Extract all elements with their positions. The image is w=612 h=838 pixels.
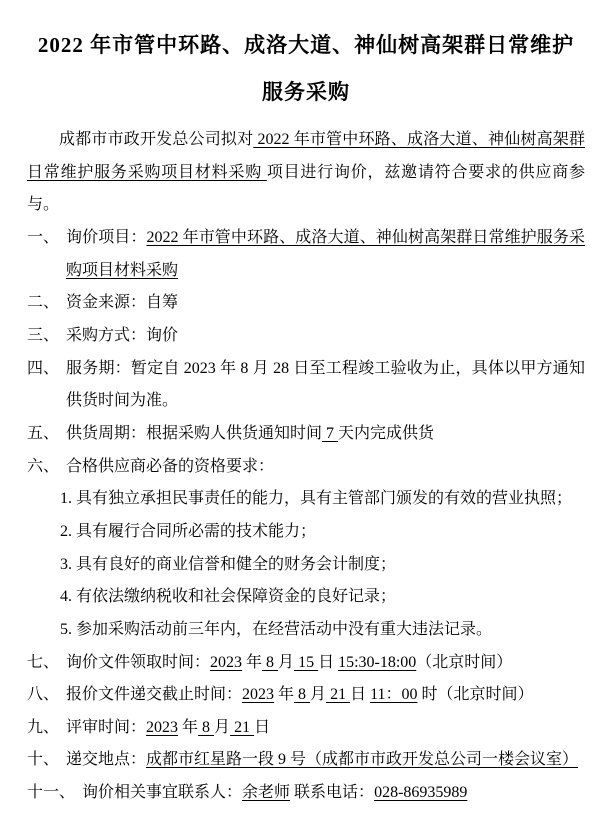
item-number: 八、 (27, 679, 59, 712)
item-content: 资金来源：自筹 (66, 287, 585, 320)
title-line-1: 2022 年市管中环路、成洛大道、神仙树高架群日常维护 (27, 22, 585, 69)
item-text: 联系电话： (290, 784, 374, 801)
item-6-qualification-requirements: 六、合格供应商必备的资格要求： (27, 451, 585, 484)
item-content: 供货周期：根据采购人供货通知时间 7 天内完成供货 (66, 418, 585, 451)
item-content: 报价文件递交截止时间：2023 年 8 月 21 日 11：00 时（北京时间） (66, 679, 585, 712)
item-content: 递交地点：成都市红星路一段 9 号（成都市市政开发总公司一楼会议室） (66, 744, 585, 777)
item-number: 七、 (27, 647, 59, 680)
item-number: 三、 (27, 320, 59, 353)
item-11-contact: 十一、询价相关事宜联系人：余老师 联系电话：028-86935989 (27, 777, 585, 810)
item-text: 3. 具有良好的商业信誉和健全的财务会计制度； (60, 556, 396, 573)
qualification-4: 4. 有依法缴纳税收和社会保障资金的良好记录； (27, 581, 585, 614)
item-9-review-time: 九、评审时间：2023 年 8 月 21 日 (27, 712, 585, 745)
item-text: 天内完成供货 (338, 425, 434, 442)
item-number: 五、 (27, 418, 59, 451)
item-7-document-collection-time: 七、询价文件领取时间：2023 年 8 月 15 日 15:30-18:00（北… (27, 647, 585, 680)
underlined-value: 7 (322, 425, 338, 442)
item-content: 2. 具有履行合同所必需的技术能力； (60, 516, 585, 549)
item-text: 日 (318, 654, 338, 671)
item-1-inquiry-project: 一、询价项目：2022 年市管中环路、成洛大道、神仙树高架群日常维护服务采购项目… (27, 222, 585, 287)
underlined-value: 成都市红星路一段 9 号（成都市市政开发总公司一楼会议室） (146, 751, 578, 768)
item-text: 年 (242, 654, 262, 671)
item-text: 5. 参加采购活动前三年内，在经营活动中没有重大违法记录。 (60, 621, 492, 638)
intro-lead-text: 成都市市政开发总公司拟对 (59, 131, 253, 148)
underlined-value: 8 (294, 686, 310, 703)
item-text: 询价相关事宜联系人： (82, 784, 242, 801)
item-2-funding-source: 二、资金来源：自筹 (27, 287, 585, 320)
item-text: （北京时间） (416, 654, 512, 671)
underlined-value: 11：00 (370, 686, 417, 703)
item-text: 询价文件领取时间： (66, 654, 210, 671)
item-text: 月 (214, 719, 230, 736)
qualification-3: 3. 具有良好的商业信誉和健全的财务会计制度； (27, 549, 585, 582)
item-text: 2. 具有履行合同所必需的技术能力； (60, 523, 316, 540)
underlined-value: 2023 (242, 686, 274, 703)
item-text: 1. 具有独立承担民事责任的能力，具有主管部门颁发的有效的营业执照； (60, 490, 572, 507)
document-title: 2022 年市管中环路、成洛大道、神仙树高架群日常维护 服务采购 (27, 16, 585, 124)
underlined-value: 8 (262, 654, 278, 671)
underlined-value: 余老师 (242, 784, 290, 801)
item-number: 四、 (27, 353, 59, 418)
item-number: 十、 (27, 744, 59, 777)
item-content: 询价相关事宜联系人：余老师 联系电话：028-86935989 (82, 777, 585, 810)
underlined-value: 8 (198, 719, 214, 736)
item-number: 二、 (27, 287, 59, 320)
item-content: 询价项目：2022 年市管中环路、成洛大道、神仙树高架群日常维护服务采购项目材料… (66, 222, 585, 287)
item-content: 合格供应商必备的资格要求： (66, 451, 585, 484)
item-text: 月 (310, 686, 326, 703)
item-text: 年 (274, 686, 294, 703)
underlined-value: 15:30-18:00 (338, 654, 416, 671)
qualification-2: 2. 具有履行合同所必需的技术能力； (27, 516, 585, 549)
item-content: 5. 参加采购活动前三年内，在经营活动中没有重大违法记录。 (60, 614, 585, 647)
item-text: 日 (350, 686, 370, 703)
item-text: 4. 有依法缴纳税收和社会保障资金的良好记录； (60, 588, 396, 605)
item-8-quotation-deadline: 八、报价文件递交截止时间：2023 年 8 月 21 日 11：00 时（北京时… (27, 679, 585, 712)
item-content: 采购方式：询价 (66, 320, 585, 353)
item-text: 询价项目： (66, 229, 147, 246)
item-content: 1. 具有独立承担民事责任的能力，具有主管部门颁发的有效的营业执照； (60, 483, 585, 516)
item-text: 服务期：暂定自 2023 年 8 月 28 日至工程竣工验收为止，具体以甲方通知… (66, 360, 585, 410)
item-number: 九、 (27, 712, 59, 745)
document-body: 成都市市政开发总公司拟对 2022 年市管中环路、成洛大道、神仙树高架群日常维护… (27, 124, 585, 810)
item-10-submission-location: 十、递交地点：成都市红星路一段 9 号（成都市市政开发总公司一楼会议室） (27, 744, 585, 777)
underlined-value: 21 (326, 686, 350, 703)
qualification-1: 1. 具有独立承担民事责任的能力，具有主管部门颁发的有效的营业执照； (27, 483, 585, 516)
item-text: 报价文件递交截止时间： (66, 686, 242, 703)
underlined-value: 2023 (146, 719, 178, 736)
qualification-5: 5. 参加采购活动前三年内，在经营活动中没有重大违法记录。 (27, 614, 585, 647)
item-5-supply-cycle: 五、供货周期：根据采购人供货通知时间 7 天内完成供货 (27, 418, 585, 451)
underlined-value: 21 (230, 719, 254, 736)
title-line-2: 服务采购 (27, 69, 585, 116)
item-content: 服务期：暂定自 2023 年 8 月 28 日至工程竣工验收为止，具体以甲方通知… (66, 353, 585, 418)
item-4-service-period: 四、服务期：暂定自 2023 年 8 月 28 日至工程竣工验收为止，具体以甲方… (27, 353, 585, 418)
intro-paragraph: 成都市市政开发总公司拟对 2022 年市管中环路、成洛大道、神仙树高架群日常维护… (27, 124, 585, 222)
item-text: 月 (278, 654, 294, 671)
item-text: 日 (254, 719, 270, 736)
item-number: 六、 (27, 451, 59, 484)
item-content: 3. 具有良好的商业信誉和健全的财务会计制度； (60, 549, 585, 582)
item-text: 年 (178, 719, 198, 736)
item-number: 十一、 (27, 777, 75, 810)
underlined-value: 2023 (210, 654, 242, 671)
item-number: 一、 (27, 222, 59, 287)
item-text: 递交地点： (66, 751, 146, 768)
item-content: 评审时间：2023 年 8 月 21 日 (66, 712, 585, 745)
item-3-procurement-method: 三、采购方式：询价 (27, 320, 585, 353)
underlined-value: 028-86935989 (374, 784, 467, 801)
document-page: 2022 年市管中环路、成洛大道、神仙树高架群日常维护 服务采购 成都市市政开发… (0, 0, 612, 838)
item-text: 供货周期：根据采购人供货通知时间 (66, 425, 322, 442)
item-content: 询价文件领取时间：2023 年 8 月 15 日 15:30-18:00（北京时… (66, 647, 585, 680)
item-text: 时（北京时间） (418, 686, 534, 703)
item-text: 合格供应商必备的资格要求： (66, 458, 274, 475)
item-text: 采购方式：询价 (66, 327, 178, 344)
item-content: 4. 有依法缴纳税收和社会保障资金的良好记录； (60, 581, 585, 614)
item-text: 资金来源：自筹 (66, 294, 178, 311)
item-text: 评审时间： (66, 719, 146, 736)
item-list: 一、询价项目：2022 年市管中环路、成洛大道、神仙树高架群日常维护服务采购项目… (27, 222, 585, 810)
underlined-value: 15 (294, 654, 318, 671)
